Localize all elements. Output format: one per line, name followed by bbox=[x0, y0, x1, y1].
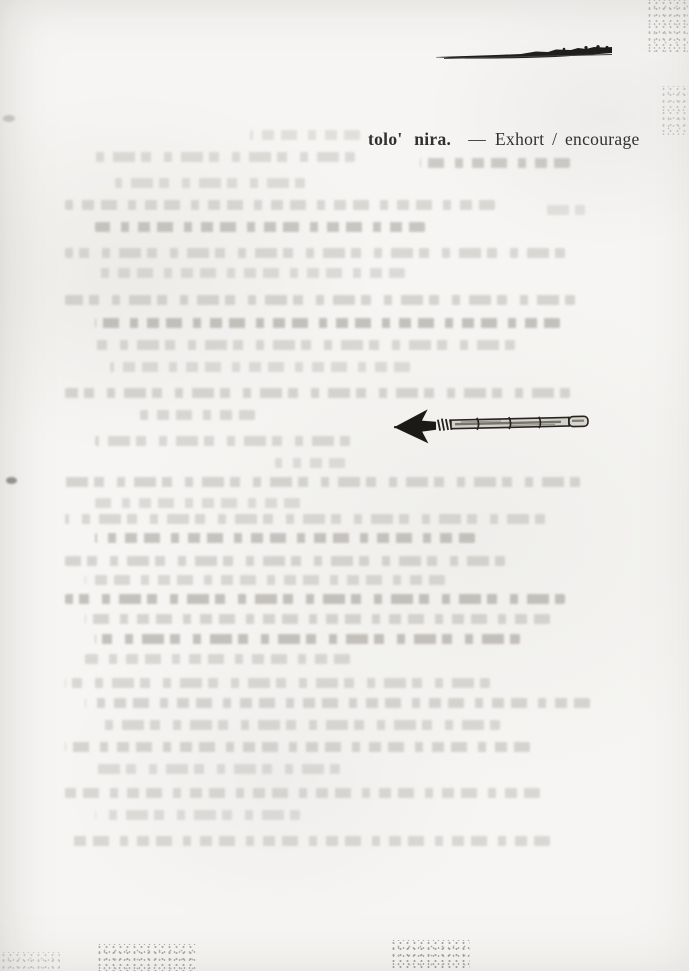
ghost-text-line bbox=[95, 340, 515, 350]
ghost-text-line bbox=[65, 388, 570, 398]
ghost-text-line bbox=[85, 654, 350, 664]
scan-speck bbox=[6, 477, 17, 484]
ghost-text-line bbox=[65, 556, 505, 566]
ghost-text-line bbox=[95, 222, 425, 232]
ghost-text-line bbox=[85, 575, 445, 585]
ghost-text-line bbox=[95, 720, 500, 730]
scan-noise-patch bbox=[0, 952, 60, 971]
ghost-text-line bbox=[65, 514, 545, 524]
ghost-text-line bbox=[95, 268, 405, 278]
ghost-text-line bbox=[65, 477, 580, 487]
ghost-text-line bbox=[65, 594, 565, 604]
entry-dash: — bbox=[468, 129, 486, 149]
scan-noise-patch bbox=[646, 0, 688, 52]
ghost-text-line bbox=[65, 836, 550, 846]
ghost-text-line bbox=[95, 810, 300, 820]
ghost-text-line bbox=[420, 158, 570, 168]
scan-smudge-streak bbox=[436, 44, 612, 64]
scan-noise-patch bbox=[390, 940, 470, 971]
ghost-text-line bbox=[95, 533, 475, 543]
ghost-text-line bbox=[95, 152, 355, 162]
ghost-text-line bbox=[250, 130, 360, 140]
entry-definition: Exhort / encourage bbox=[495, 129, 640, 149]
ghost-text-line bbox=[95, 764, 340, 774]
dictionary-entry-heading: tolo' nira.—Exhort / encourage bbox=[368, 129, 640, 150]
ghost-text-line bbox=[65, 678, 490, 688]
ghost-text-line bbox=[85, 614, 550, 624]
ghost-text-line bbox=[115, 178, 305, 188]
ghost-text-line bbox=[110, 362, 410, 372]
ghost-text-line bbox=[65, 788, 540, 798]
ghost-text-line bbox=[140, 410, 255, 420]
arrow-illustration bbox=[391, 401, 593, 447]
scan-noise-patch bbox=[660, 86, 688, 136]
ghost-text-line bbox=[275, 458, 345, 468]
ghost-text-line bbox=[65, 742, 530, 752]
ghost-text-line bbox=[95, 436, 350, 446]
ghost-text-line bbox=[540, 205, 585, 215]
ghost-text-line bbox=[65, 200, 495, 210]
scanned-page: tolo' nira.—Exhort / encourage bbox=[0, 0, 689, 971]
ghost-text-line bbox=[95, 498, 300, 508]
scan-noise-patch bbox=[96, 944, 196, 971]
ghost-text-line bbox=[95, 318, 560, 328]
ghost-text-line bbox=[95, 634, 520, 644]
ghost-text-line bbox=[85, 698, 590, 708]
entry-term: tolo' nira. bbox=[368, 129, 451, 149]
scan-speck bbox=[3, 115, 15, 122]
ghost-text-line bbox=[65, 295, 575, 305]
ghost-text-line bbox=[65, 248, 565, 258]
